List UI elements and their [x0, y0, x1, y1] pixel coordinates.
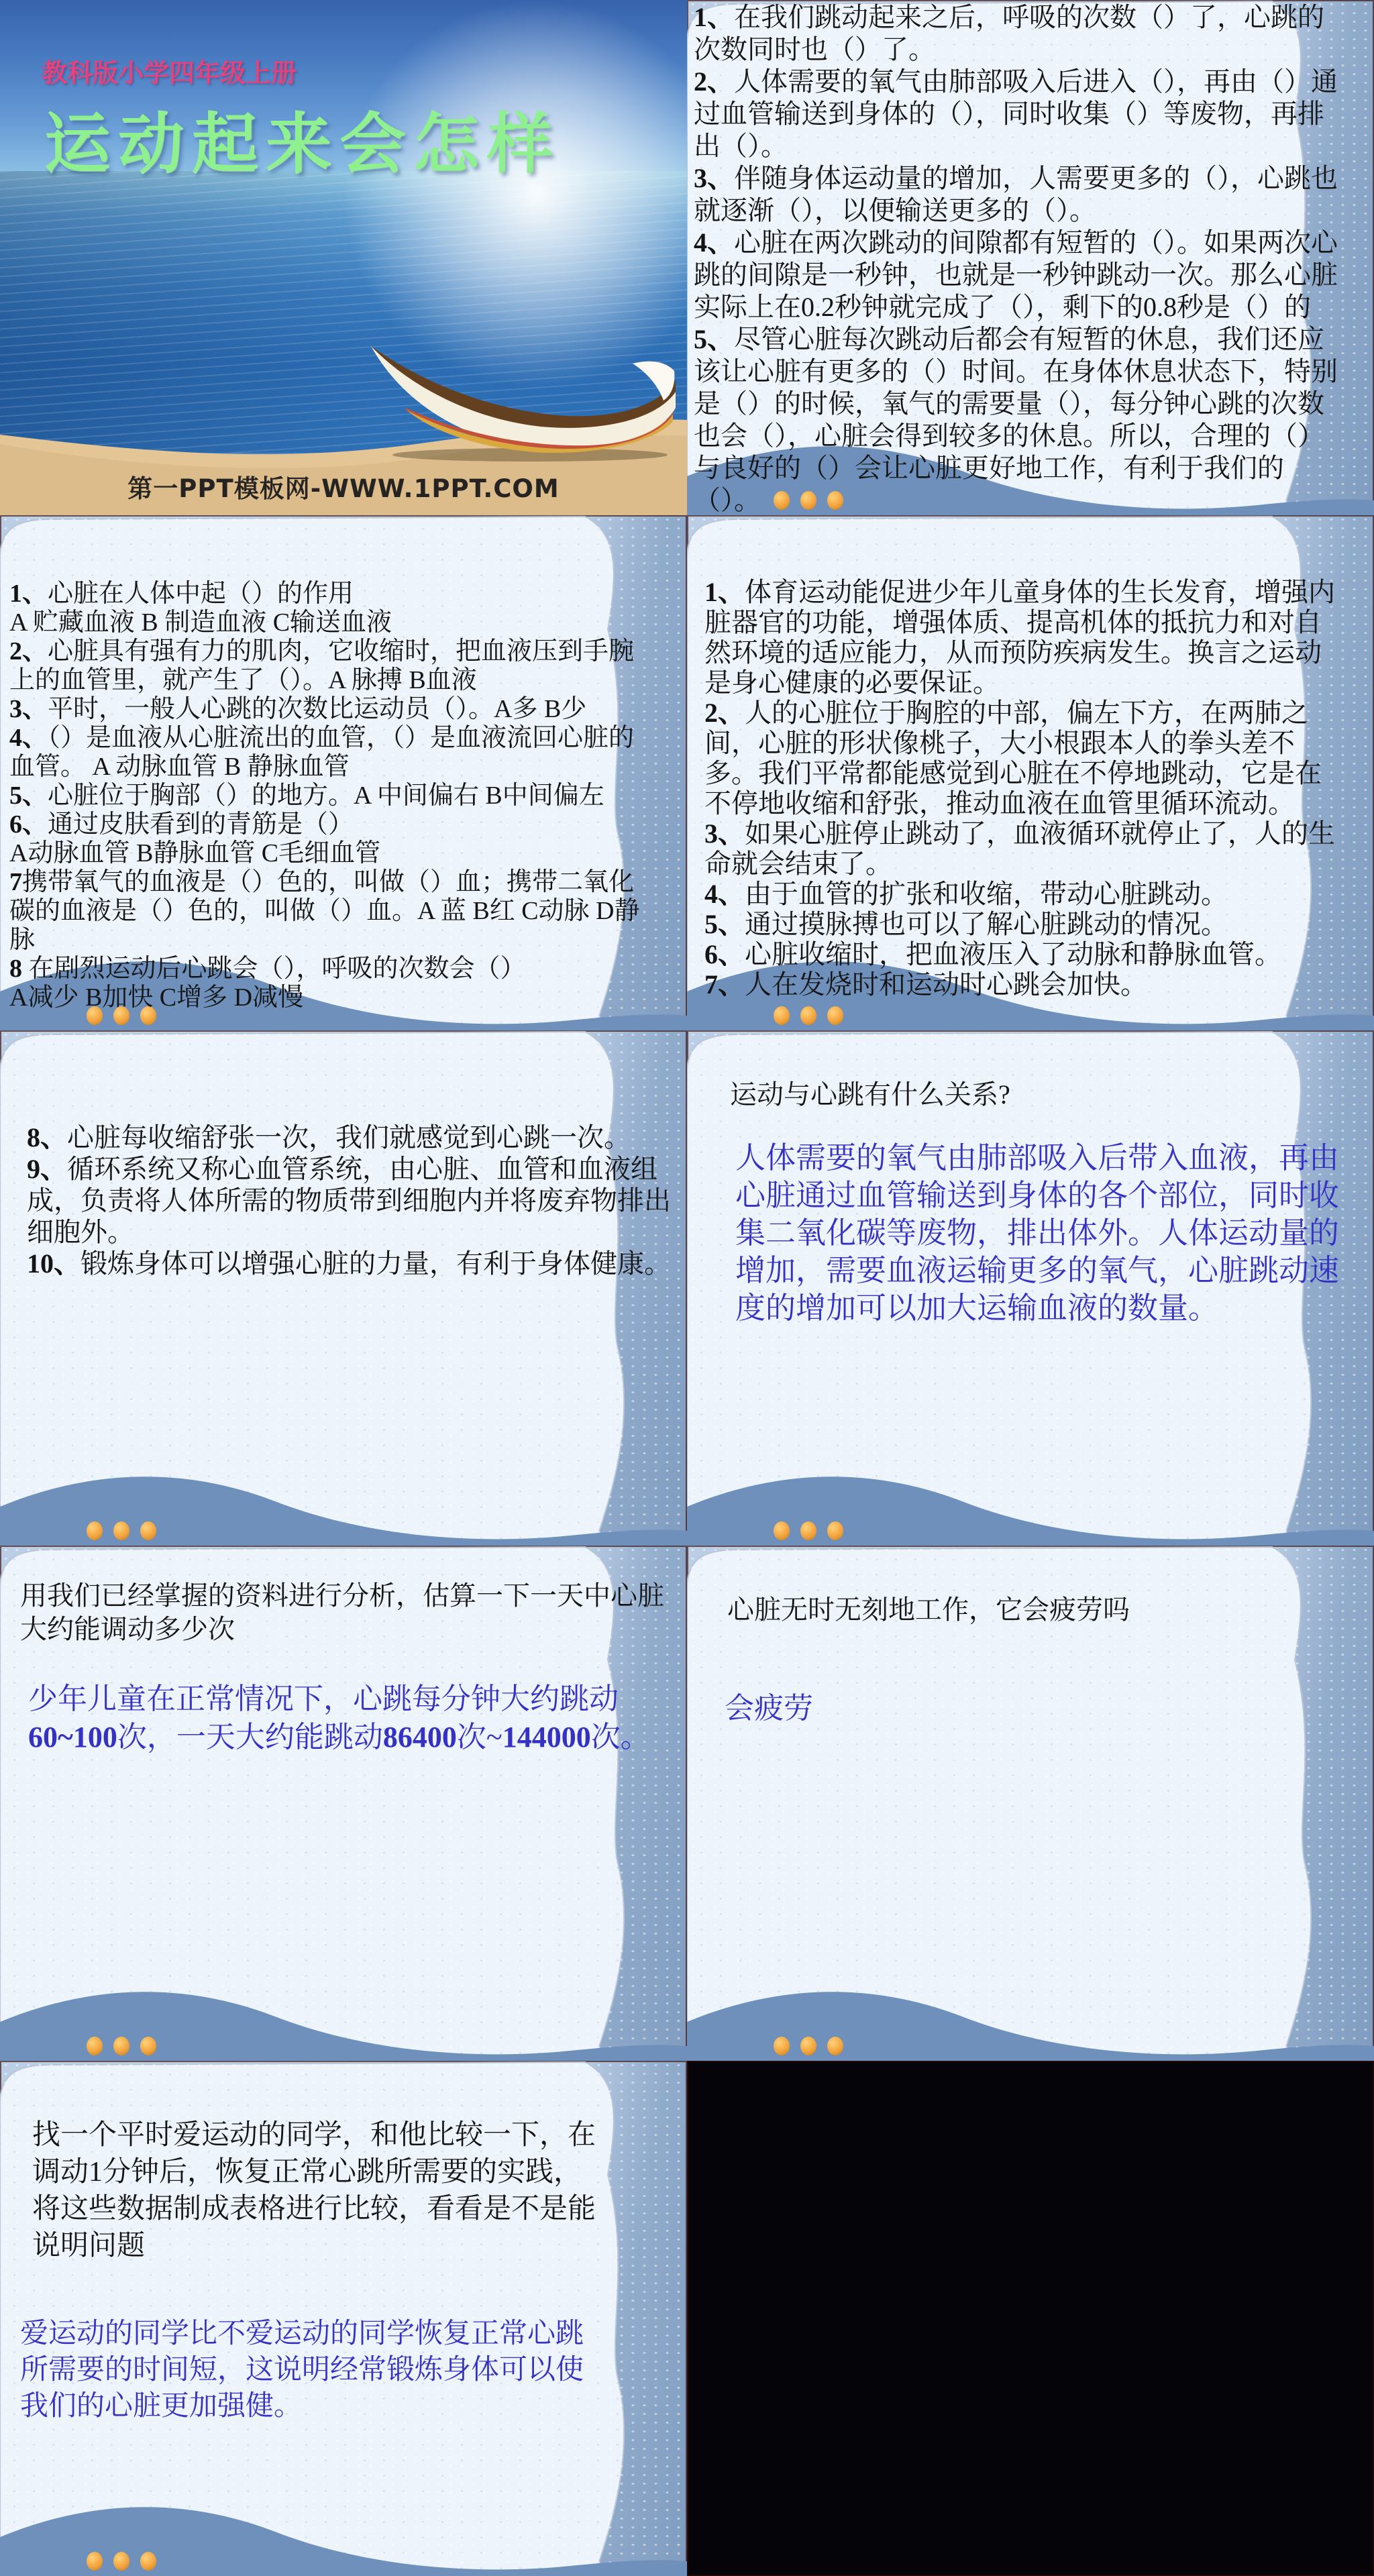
slide-text: 1、心脏在人体中起（）的作用 A 贮藏血液 B 制造血液 C输送血液 2、心脏具… [9, 580, 647, 1012]
slide-facts-2: 8、心脏每收缩舒张一次，我们就感觉到心跳一次。 9、循环系统又称心血管系统，由心… [0, 1030, 687, 1546]
bullet-dot-icon [800, 1521, 816, 1540]
text-line: 4、由于血管的扩张和收缩，带动心脏跳动。 [704, 879, 1342, 909]
slide-quiz: 1、心脏在人体中起（）的作用 A 贮藏血液 B 制造血液 C输送血液 2、心脏具… [0, 515, 687, 1030]
line-number: 3、 [9, 695, 48, 723]
text-line: 4、心脏在两次跳动的间隙都有短暂的（）。如果两次心跳的间隙是一秒钟，也就是一秒钟… [694, 227, 1341, 323]
text-line: 6、心脏收缩时，把血液压入了动脉和静脉血管。 [704, 939, 1342, 969]
wave-decoration [0, 1465, 687, 1546]
line-number: 4、 [694, 227, 734, 258]
text-line: 7携带氧气的血液是（）色的，叫做（）血；携带二氧化碳的血液是（）色的，叫做（）血… [9, 868, 647, 955]
bullet-dot-icon [774, 2037, 790, 2055]
line-number: 7 [9, 868, 22, 896]
bullet-dot-icon [140, 2037, 156, 2055]
line-number: 6、 [704, 939, 745, 969]
line-text: 人在发烧时和运动时心跳会加快。 [745, 969, 1147, 1000]
line-text: 通过皮肤看到的青筋是（） [48, 810, 354, 839]
line-number: 8 [9, 955, 29, 983]
bullet-dot-icon [774, 1006, 790, 1025]
bullet-dot-icon [800, 2037, 816, 2055]
answer-segment: 次，一天大约能跳动 [117, 1721, 383, 1754]
line-number: 4、 [704, 879, 745, 909]
bullet-dot-icon [113, 2552, 129, 2571]
line-text: 心脏在人体中起（）的作用 [48, 580, 354, 608]
line-number: 6、 [9, 810, 48, 839]
text-line: 5、通过摸脉搏也可以了解心脏跳动的情况。 [704, 909, 1342, 939]
line-text: 锻炼身体可以增强心脏的力量，有利于身体健康。 [81, 1248, 671, 1279]
line-number: 10、 [27, 1248, 81, 1279]
line-text: 伴随身体运动量的增加，人需要更多的（），心跳也就逐渐（），以便输送更多的（）。 [694, 163, 1338, 225]
edition-label: 教科版小学四年级上册 [42, 52, 297, 89]
answer-number: 86400 [383, 1721, 457, 1754]
line-text: 如果心脏停止跳动了，血液循环就停止了，人的生命就会结束了。 [704, 818, 1335, 879]
slide-fill-blanks: 1、在我们跳动起来之后，呼吸的次数（）了，心跳的次数同时也（）了。 2、人体需要… [687, 0, 1374, 515]
line-number: 1、 [694, 2, 734, 32]
line-text: 循环系统又称心血管系统，由心脏、血管和血液组成，负责将人体所需的物质带到细胞内并… [27, 1154, 671, 1247]
line-text: 心脏位于胸部（）的地方。A 中间偏右 B中间偏左 [48, 782, 604, 810]
boat-illustration [366, 327, 681, 462]
line-text: 尽管心脏每次跳动后都会有短暂的休息，我们还应该让心脏有更多的（）时间。在身体休息… [694, 324, 1338, 515]
text-line: 8 在剧烈运动后心跳会（），呼吸的次数会（） [9, 955, 647, 983]
text-line: A动脉血管 B静脉血管 C毛细血管 [9, 839, 647, 868]
slide-compare-qa: 找一个平时爱运动的同学，和他比较一下，在调动1分钟后，恢复正常心跳所需要的实践，… [0, 2061, 687, 2576]
slide-facts-1: 1、体育运动能促进少年儿童身体的生长发育，增强内脏器官的功能，增强体质、提高机体… [687, 515, 1374, 1030]
text-line: 3、平时，一般人心跳的次数比运动员（）。A多 B少 [9, 695, 647, 724]
cover-title: 运动起来会怎样 [44, 91, 561, 186]
line-text: 体育运动能促进少年儿童身体的生长发育，增强内脏器官的功能，增强体质、提高机体的抵… [704, 577, 1335, 698]
line-text: 心脏具有强有力的肌肉，它收缩时，把血液压到手腕上的血管里，就产生了（）。A 脉搏… [9, 637, 634, 694]
line-text: 人的心脏位于胸腔的中部，偏左下方，在两肺之间，心脏的形状像桃子，大小根跟本人的拳… [704, 698, 1322, 818]
text-line: 2、心脏具有强有力的肌肉，它收缩时，把血液压到手腕上的血管里，就产生了（）。A … [9, 637, 647, 695]
wave-decoration [0, 1980, 687, 2061]
question-text: 运动与心跳有什么关系? [730, 1073, 1010, 1112]
wave-decoration [0, 2495, 687, 2576]
answer-text: 人体需要的氧气由肺部吸入后带入血液，再由心脏通过血管输送到身体的各个部位，同时收… [735, 1139, 1342, 1327]
slide-fatigue-qa: 心脏无时无刻地工作，它会疲劳吗 会疲劳 [687, 1546, 1374, 2061]
bullet-dot-icon [140, 1521, 156, 1540]
line-number: 7、 [704, 969, 745, 1000]
text-line: 2、人的心脏位于胸腔的中部，偏左下方，在两肺之间，心脏的形状像桃子，大小根跟本人… [704, 698, 1342, 818]
bullet-dot-icon [87, 2037, 103, 2055]
text-line: 10、锻炼身体可以增强心脏的力量，有利于身体健康。 [27, 1248, 671, 1279]
answer-segment: 次~ [457, 1721, 503, 1754]
text-line: 5、尽管心脏每次跳动后都会有短暂的休息，我们还应该让心脏有更多的（）时间。在身体… [694, 323, 1341, 515]
text-line: 3、如果心脏停止跳动了，血液循环就停止了，人的生命就会结束了。 [704, 818, 1342, 879]
text-line: 1、心脏在人体中起（）的作用 [9, 580, 647, 608]
bullet-dot-icon [827, 1521, 843, 1540]
text-line: 7、人在发烧时和运动时心跳会加快。 [704, 969, 1342, 1000]
text-line: 1、在我们跳动起来之后，呼吸的次数（）了，心跳的次数同时也（）了。 [694, 1, 1341, 66]
slide-estimate-qa: 用我们已经掌握的资料进行分析，估算一下一天中心脏大约能调动多少次 少年儿童在正常… [0, 1546, 687, 2061]
line-text: A减少 B加快 C增多 D减慢 [9, 983, 303, 1012]
line-number: 1、 [704, 577, 745, 607]
line-text: 平时，一般人心跳的次数比运动员（）。A多 B少 [48, 695, 586, 723]
line-text: 人体需要的氧气由肺部吸入后进入（），再由（）通过血管输送到身体的（），同时收集（… [694, 66, 1338, 161]
line-text: （）是血液从心脏流出的血管，（）是血液流回心脏的血管。 A 动脉血管 B 静脉血… [9, 724, 634, 781]
line-number: 2、 [704, 698, 745, 728]
line-text: 由于血管的扩张和收缩，带动心脏跳动。 [745, 879, 1228, 909]
slide-text: 8、心脏每收缩舒张一次，我们就感觉到心跳一次。 9、循环系统又称心血管系统，由心… [27, 1122, 671, 1279]
slide-relation-qa: 运动与心跳有什么关系? 人体需要的氧气由肺部吸入后带入血液，再由心脏通过血管输送… [687, 1030, 1374, 1546]
watermark-text: 第一PPT模板网-WWW.1PPT.COM [0, 468, 687, 504]
line-text: 心脏收缩时，把血液压入了动脉和静脉血管。 [745, 939, 1281, 969]
slide-blank [687, 2061, 1374, 2576]
text-line: 5、心脏位于胸部（）的地方。A 中间偏右 B中间偏左 [9, 782, 647, 810]
wave-decoration [687, 1980, 1374, 2061]
line-number: 3、 [694, 163, 734, 193]
line-text: A动脉血管 B静脉血管 C毛细血管 [9, 839, 380, 867]
answer-segment: 次。 [591, 1721, 650, 1754]
answer-number: 144000 [503, 1721, 591, 1754]
answer-text: 会疲劳 [725, 1684, 813, 1727]
bullet-dot-icon [87, 1521, 103, 1540]
answer-segment: 少年儿童在正常情况下，心跳每分钟大约跳动 [28, 1682, 619, 1715]
line-number: 8、 [27, 1122, 67, 1152]
line-number: 2、 [694, 66, 734, 97]
bullet-dot-icon [140, 2552, 156, 2571]
slide-text: 1、在我们跳动起来之后，呼吸的次数（）了，心跳的次数同时也（）了。 2、人体需要… [694, 1, 1341, 515]
answer-number: 60~100 [28, 1721, 117, 1754]
text-line: 6、通过皮肤看到的青筋是（） [9, 810, 647, 839]
text-line: 2、人体需要的氧气由肺部吸入后进入（），再由（）通过血管输送到身体的（），同时收… [694, 66, 1341, 162]
line-number: 4、 [9, 724, 48, 752]
line-text: A 贮藏血液 B 制造血液 C输送血液 [9, 608, 392, 637]
question-text: 心脏无时无刻地工作，它会疲劳吗 [727, 1589, 1130, 1627]
text-line: 9、循环系统又称心血管系统，由心脏、血管和血液组成，负责将人体所需的物质带到细胞… [27, 1153, 671, 1248]
line-number: 9、 [27, 1154, 67, 1184]
wave-decoration [687, 1465, 1374, 1546]
line-number: 5、 [704, 909, 745, 939]
line-text: 在我们跳动起来之后，呼吸的次数（）了，心跳的次数同时也（）了。 [694, 2, 1324, 64]
bullet-dot-icon [827, 2037, 843, 2055]
question-text: 找一个平时爱运动的同学，和他比较一下，在调动1分钟后，恢复正常心跳所需要的实践，… [32, 2117, 609, 2265]
answer-text: 爱运动的同学比不爱运动的同学恢复正常心跳所需要的时间短，这说明经常锻炼身体可以使… [20, 2316, 587, 2424]
line-number: 5、 [9, 782, 48, 810]
text-line: A 贮藏血液 B 制造血液 C输送血液 [9, 608, 647, 637]
text-line: 4、（）是血液从心脏流出的血管，（）是血液流回心脏的血管。 A 动脉血管 B 静… [9, 724, 647, 782]
line-number: 5、 [694, 324, 734, 354]
text-line: 8、心脏每收缩舒张一次，我们就感觉到心跳一次。 [27, 1122, 671, 1153]
question-text: 用我们已经掌握的资料进行分析，估算一下一天中心脏大约能调动多少次 [20, 1579, 678, 1646]
line-text: 心脏在两次跳动的间隙都有短暂的（）。如果两次心跳的间隙是一秒钟，也就是一秒钟跳动… [694, 227, 1338, 322]
slide-grid: 教科版小学四年级上册 运动起来会怎样 第一PPT模板网-WWW.1PPT.COM… [0, 0, 1374, 2576]
line-text: 通过摸脉搏也可以了解心脏跳动的情况。 [745, 909, 1228, 939]
bullet-dot-icon [87, 2552, 103, 2571]
line-number: 2、 [9, 637, 48, 665]
bullet-dot-icon [827, 1006, 843, 1025]
text-line: 1、体育运动能促进少年儿童身体的生长发育，增强内脏器官的功能，增强体质、提高机体… [704, 577, 1342, 698]
line-text: 携带氧气的血液是（）色的，叫做（）血；携带二氧化碳的血液是（）色的，叫做（）血。… [9, 868, 639, 954]
text-line: A减少 B加快 C增多 D减慢 [9, 983, 647, 1012]
bullet-dot-icon [774, 1521, 790, 1540]
bullet-dot-icon [113, 1521, 129, 1540]
bullet-dot-icon [800, 1006, 816, 1025]
slide-text: 1、体育运动能促进少年儿童身体的生长发育，增强内脏器官的功能，增强体质、提高机体… [704, 577, 1342, 1000]
text-line: 3、伴随身体运动量的增加，人需要更多的（），心跳也就逐渐（），以便输送更多的（）… [694, 162, 1341, 227]
line-number: 1、 [9, 580, 48, 608]
slide-cover: 教科版小学四年级上册 运动起来会怎样 第一PPT模板网-WWW.1PPT.COM [0, 0, 687, 515]
line-text: 心脏每收缩舒张一次，我们就感觉到心跳一次。 [67, 1122, 631, 1152]
line-text: 在剧烈运动后心跳会（），呼吸的次数会（） [29, 955, 526, 983]
bullet-dot-icon [113, 2037, 129, 2055]
answer-text: 少年儿童在正常情况下，心跳每分钟大约跳动60~100次，一天大约能跳动86400… [28, 1680, 666, 1756]
line-number: 3、 [704, 818, 745, 849]
